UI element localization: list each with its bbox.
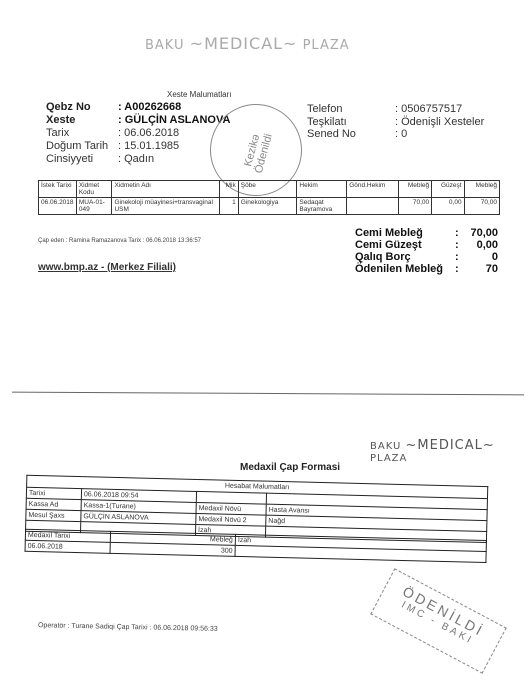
column-header: Mik [219, 181, 238, 198]
field-label: Doğum Tarih [46, 140, 118, 153]
clinic-logo-top: BAKU ~MEDICAL~ PLAZA [145, 34, 350, 53]
total-label: Qalıq Borç [355, 251, 455, 263]
logo-text-plaza: PLAZA [370, 453, 407, 464]
table-cell: 1 [219, 198, 238, 215]
totals-block: Cemi Mebleğ:70,00Cemi Güzeşt:0,00Qalıq B… [355, 227, 498, 275]
total-value: 0,00 [465, 239, 498, 251]
column-header: Xidmetin Adı [112, 181, 219, 198]
table-cell: 0,00 [432, 198, 464, 215]
field-label: Sened No [307, 128, 395, 141]
total-row: Cemi Güzeşt:0,00 [355, 239, 498, 251]
column-header: Xidmet Kodu [76, 181, 112, 198]
logo-text-medical: ~MEDICAL~ [190, 34, 298, 53]
total-value: 70,00 [465, 227, 498, 239]
column-header: İstek Tarixi [39, 181, 77, 198]
column-header: Gönd.Hekim [347, 181, 399, 198]
field-label: Qebz No [46, 101, 118, 114]
field-value: : 15.01.1985 [118, 140, 179, 153]
patient-field-row: Teşkilatı: Ödenişli Xesteler [307, 116, 484, 129]
patient-section-title: Xeste Malumatları [167, 90, 231, 99]
paid-stamp: ÖDENİLDİ IMC - BAKI [370, 568, 507, 674]
services-table-header: İstek TarixiXidmet KoduXidmetin AdıMikŞö… [39, 181, 500, 198]
page-divider [12, 392, 524, 396]
field-value: : GÜLÇİN ASLANOVA [118, 114, 230, 127]
logo-text-baku: BAKU [145, 38, 185, 53]
patient-field-row: Qebz No: A00262668 [46, 101, 230, 114]
patient-right-fields: Telefon: 0506757517Teşkilatı: Ödenişli X… [307, 103, 484, 141]
total-label: Cemi Güzeşt [355, 239, 455, 251]
total-value: 70 [465, 263, 498, 275]
field-label: Tarix [46, 127, 118, 140]
column-header: Mebleğ [464, 181, 499, 198]
table-row: 06.06.2018MUA-01-049Ginekoloji müayinesi… [39, 198, 500, 215]
patient-field-row: Doğum Tarih: 15.01.1985 [46, 140, 230, 153]
total-row: Cemi Mebleğ:70,00 [355, 227, 498, 239]
total-separator: : [455, 263, 465, 275]
field-label: Teşkilatı [307, 116, 395, 129]
column-header: Mebleğ [399, 181, 432, 198]
table-cell: 06.06.2018 [39, 198, 77, 215]
field-value: : A00262668 [118, 101, 181, 114]
total-separator: : [455, 251, 465, 263]
operator-line: Operatör : Turane Sadiqi Çap Tarixi : 06… [38, 622, 218, 633]
field-label: Xeste [46, 114, 118, 127]
table-cell: MUA-01-049 [76, 198, 112, 215]
logo-medical-word: MEDICAL [204, 34, 283, 53]
table-cell: Sedaqat Bayramova [297, 198, 347, 215]
field-value: : 06.06.2018 [118, 127, 179, 140]
cell-amount: 300 [110, 542, 235, 556]
services-table: İstek TarixiXidmet KoduXidmetin AdıMikŞö… [38, 180, 500, 215]
logo-text-plaza: PLAZA [303, 38, 350, 53]
website-link[interactable]: www.bmp.az - (Merkez Filiali) [38, 262, 176, 273]
table-cell: 70,00 [399, 198, 432, 215]
patient-field-row: Tarix: 06.06.2018 [46, 127, 230, 140]
total-separator: : [455, 227, 465, 239]
table-cell [347, 198, 399, 215]
table-cell: Ginekologiya [238, 198, 297, 215]
field-label: Telefon [307, 103, 395, 116]
patient-field-row: Telefon: 0506757517 [307, 103, 484, 116]
column-header: Güzeşt [432, 181, 464, 198]
total-label: Cemi Mebleğ [355, 227, 455, 239]
field-label: Cinsiyyeti [46, 153, 118, 166]
table-cell: 70,00 [464, 198, 499, 215]
stamp-center-text: Kezikə Ödenildi [240, 125, 276, 180]
patient-field-row: Cinsiyyeti: Qadın [46, 153, 230, 166]
total-label: Ödenilen Mebleğ [355, 263, 455, 275]
total-row: Qalıq Borç:0 [355, 251, 498, 263]
field-value: : Ödenişli Xesteler [395, 116, 484, 129]
field-value: : Qadın [118, 153, 154, 166]
patient-left-fields: Qebz No: A00262668Xeste: GÜLÇİN ASLANOVA… [46, 101, 230, 166]
clinic-logo-bottom: BAKU ~MEDICAL~ PLAZA [370, 438, 530, 464]
logo-text-baku: BAKU [370, 441, 401, 452]
total-separator: : [455, 239, 465, 251]
receipt-form-title: Medaxil Çap Formasi [240, 462, 340, 473]
patient-field-row: Sened No: 0 [307, 128, 484, 141]
column-header: Şöbe [238, 181, 297, 198]
patient-field-row: Xeste: GÜLÇİN ASLANOVA [46, 114, 230, 127]
field-value: : 0 [395, 128, 407, 141]
total-value: 0 [465, 251, 498, 263]
logo-text-medical: ~MEDICAL~ [406, 438, 495, 453]
table-cell: Ginekoloji müayinesi+transvaginal USM [112, 198, 219, 215]
printed-by-line: Çap eden : Ramina Ramazanova Tarix : 06.… [38, 238, 201, 244]
field-value: : 0506757517 [395, 103, 462, 116]
total-row: Ödenilen Mebleğ:70 [355, 263, 498, 275]
column-header: Hekim [297, 181, 347, 198]
cell-medaxil-date: 06.06.2018 [25, 540, 110, 553]
logo-medical-word: MEDICAL [417, 438, 483, 453]
